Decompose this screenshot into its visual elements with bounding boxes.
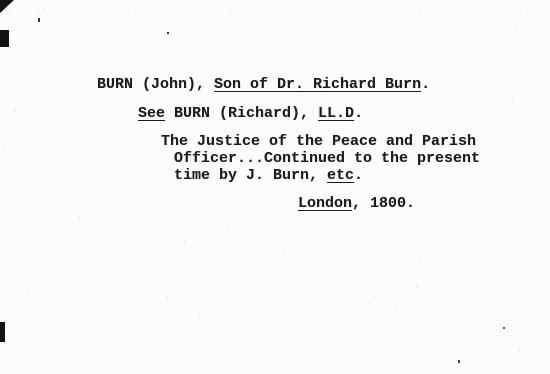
title-etc-underlined: etc bbox=[327, 167, 354, 184]
heading-line: BURN (John), Son of Dr. Richard Burn. bbox=[97, 76, 430, 93]
imprint-line: London, 1800. bbox=[298, 195, 415, 212]
title-line-2: Officer...Continued to the present bbox=[174, 150, 480, 167]
title-text-3: time by J. Burn, bbox=[174, 167, 327, 184]
ink-speck bbox=[38, 18, 40, 22]
title-text-2: Officer...Continued to the present bbox=[174, 150, 480, 167]
title-line-3: time by J. Burn, etc. bbox=[174, 167, 363, 184]
heading-author: BURN (John), bbox=[97, 76, 214, 93]
see-reference-name: BURN (Richard), bbox=[165, 105, 318, 122]
ink-speck bbox=[167, 32, 169, 34]
ink-speck bbox=[503, 327, 505, 329]
paper-speckle-noise bbox=[0, 0, 1, 1]
ink-speck bbox=[458, 360, 460, 363]
see-reference-line: See BURN (Richard), LL.D. bbox=[138, 105, 363, 122]
scan-mark-corner bbox=[0, 0, 14, 13]
see-label-underlined: See bbox=[138, 105, 165, 122]
heading-relation-underlined: Son of Dr. Richard Burn bbox=[214, 76, 421, 93]
title-text-1: The Justice of the Peace and Parish bbox=[161, 133, 476, 150]
catalog-card: BURN (John), Son of Dr. Richard Burn. Se… bbox=[0, 0, 550, 374]
see-reference-degree-underlined: LL.D bbox=[318, 105, 354, 122]
imprint-place-underlined: London bbox=[298, 195, 352, 212]
imprint-year: , 1800. bbox=[352, 195, 415, 212]
title-line-1: The Justice of the Peace and Parish bbox=[161, 133, 476, 150]
scan-mark-bottom-left bbox=[0, 322, 5, 342]
scan-mark-left-edge bbox=[0, 30, 9, 47]
title-line-3-period: . bbox=[354, 167, 363, 184]
see-reference-period: . bbox=[354, 105, 363, 122]
heading-period: . bbox=[421, 76, 430, 93]
